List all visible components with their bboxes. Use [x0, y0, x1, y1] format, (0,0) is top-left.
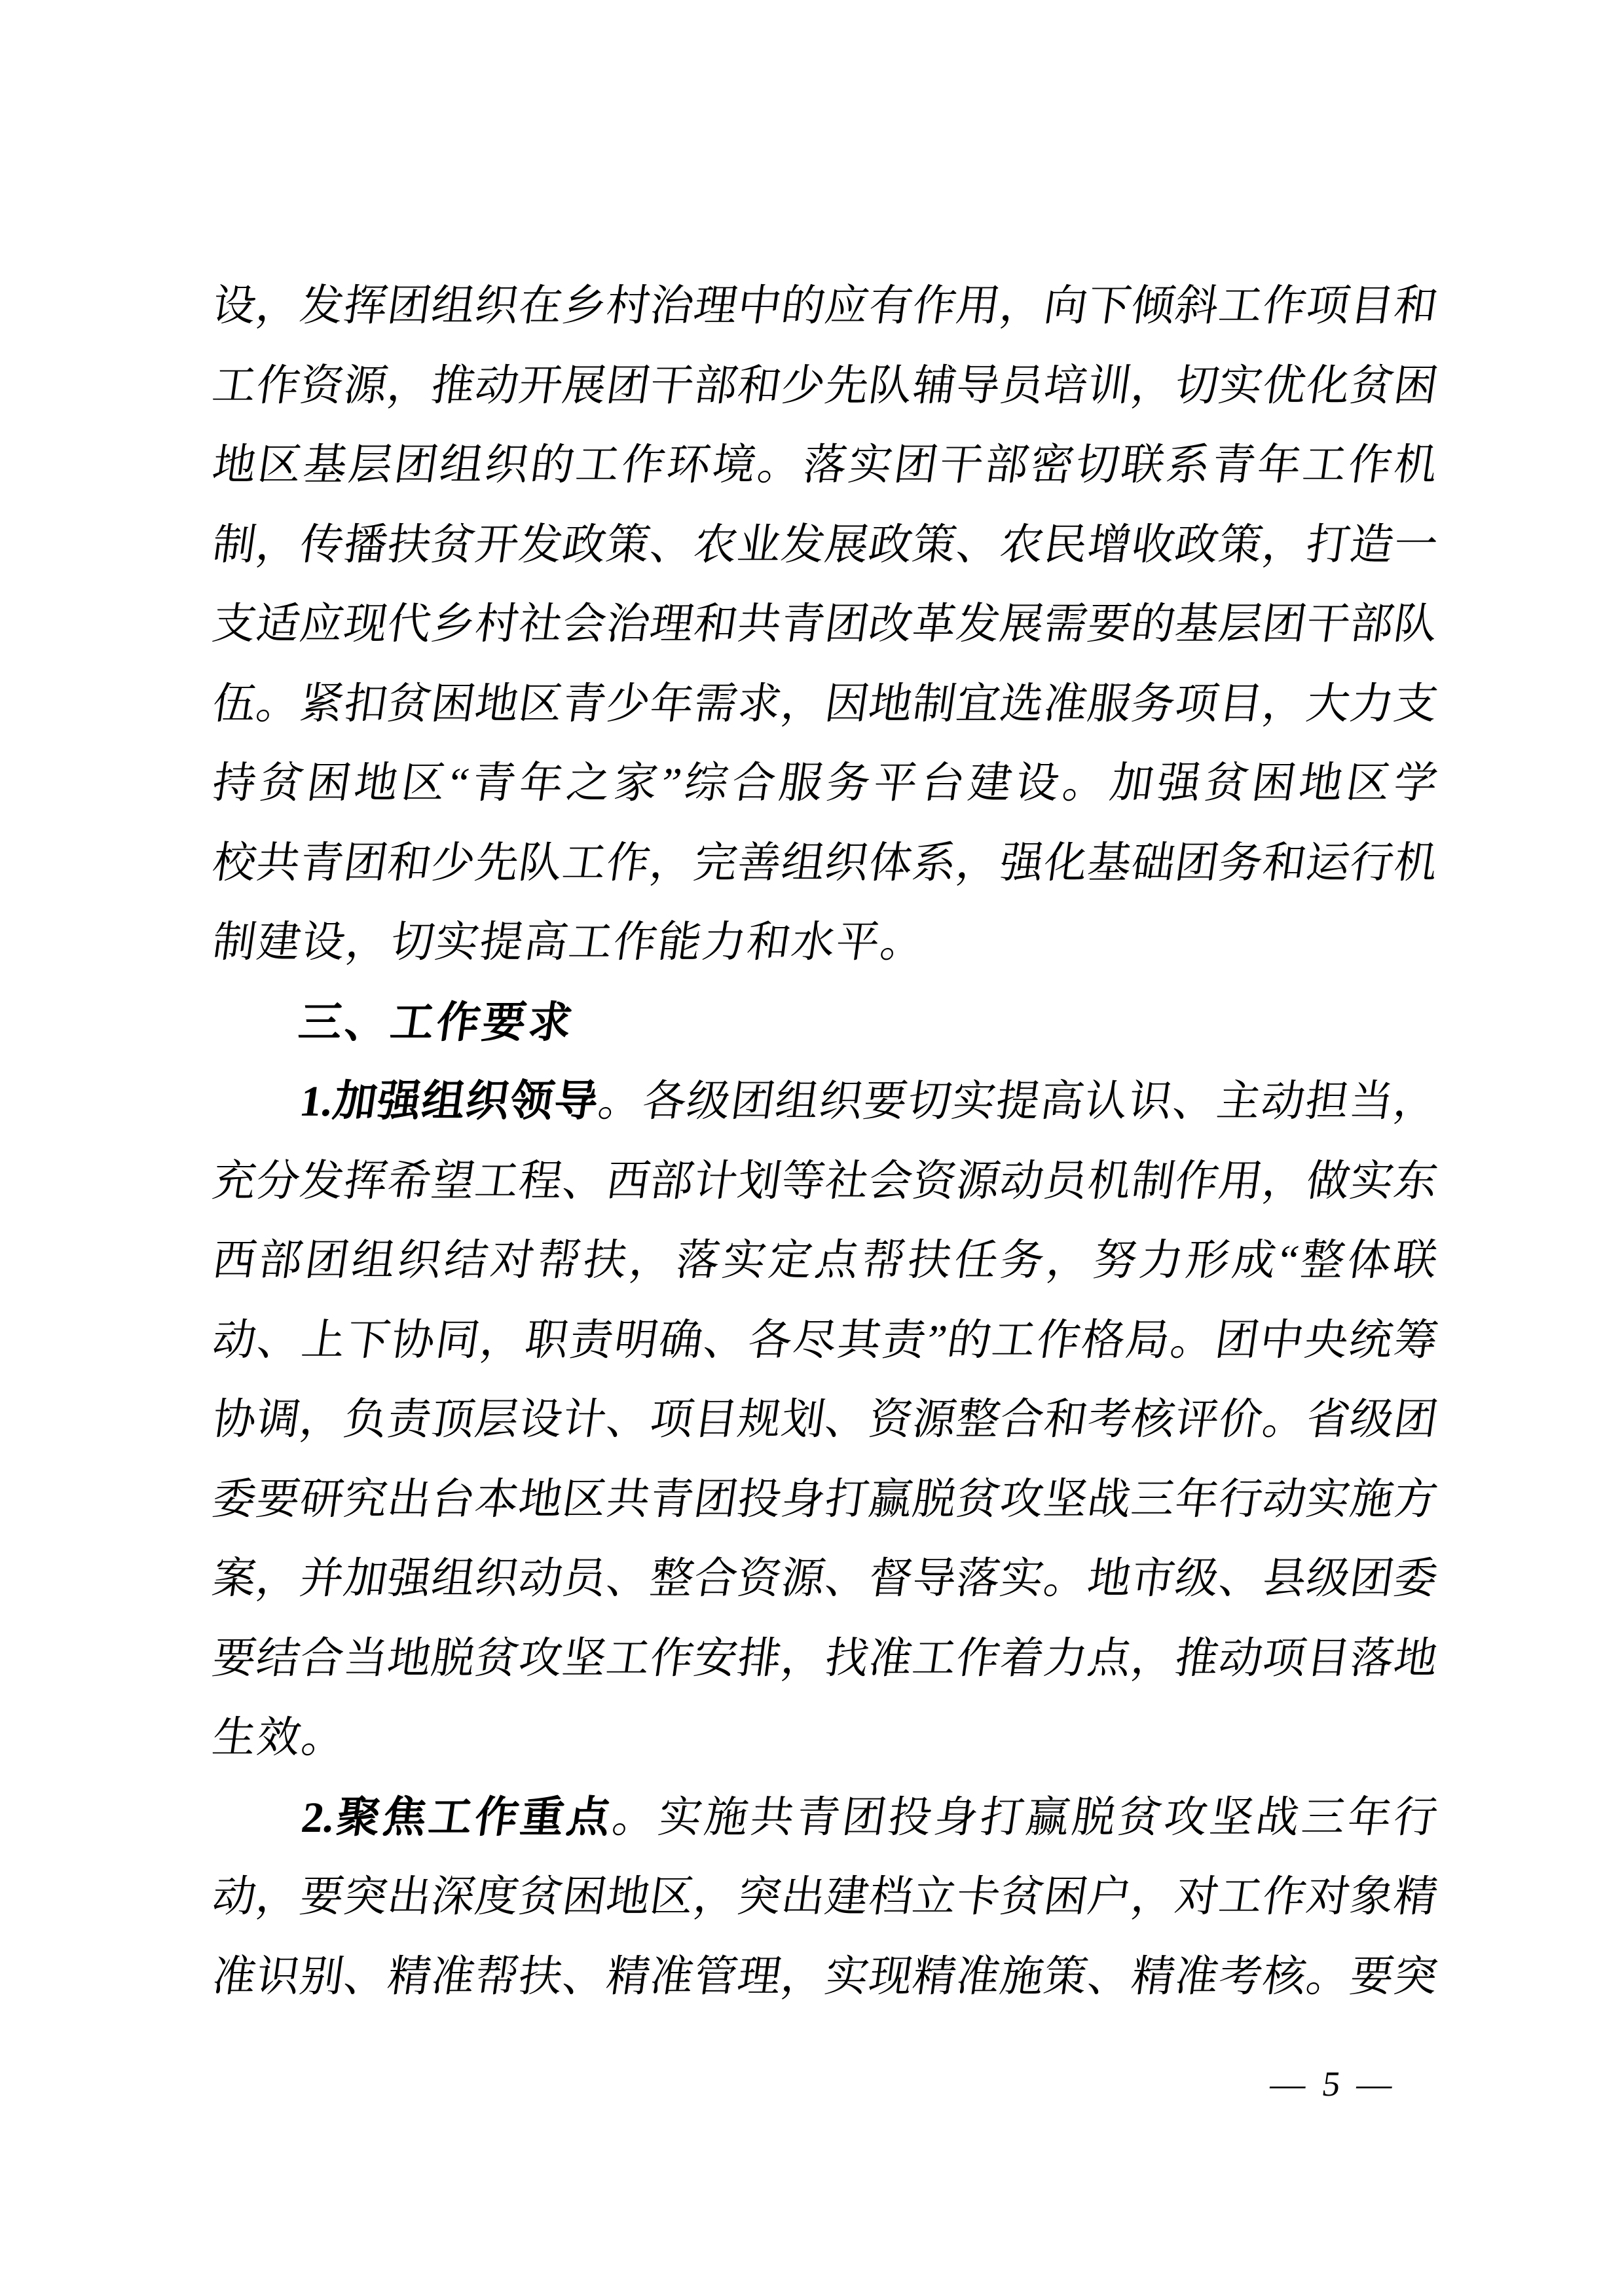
text-line: 制建设，切实提高工作能力和水平。 [207, 903, 1443, 983]
text-line: 协调，负责顶层设计、项目规划、资源整合和考核评价。省级团 [207, 1380, 1443, 1460]
text-line: 动，要突出深度贫困地区，突出建档立卡贫困户，对工作对象精 [207, 1857, 1443, 1937]
text-line: 1.加强组织领导。各级团组织要切实提高认识、主动担当， [207, 1062, 1443, 1142]
text-line: 制，传播扶贫开发政策、农业发展政策、农民增收政策，打造一 [207, 505, 1443, 585]
text-line: 持贫困地区“青年之家”综合服务平台建设。加强贫困地区学 [207, 744, 1443, 824]
text-line: 准识别、精准帮扶、精准管理，实现精准施策、精准考核。要突 [207, 1937, 1443, 2017]
page-number: — 5 — [1267, 2062, 1399, 2105]
text-line: 设，发挥团组织在乡村治理中的应有作用，向下倾斜工作项目和 [207, 266, 1443, 346]
section-heading: 三、工作要求 [207, 983, 1443, 1063]
text-line: 地区基层团组织的工作环境。落实团干部密切联系青年工作机 [207, 426, 1443, 505]
text-line: 支适应现代乡村社会治理和共青团改革发展需要的基层团干部队 [207, 585, 1443, 665]
text-line: 要结合当地脱贫攻坚工作安排，找准工作着力点，推动项目落地 [207, 1619, 1443, 1699]
text-line: 充分发挥希望工程、西部计划等社会资源动员机制作用，做实东 [207, 1142, 1443, 1222]
text-line: 案，并加强组织动员、整合资源、督导落实。地市级、县级团委 [207, 1539, 1443, 1619]
text-line: 伍。紧扣贫困地区青少年需求，因地制宜选准服务项目，大力支 [207, 665, 1443, 744]
text-line: 工作资源，推动开展团干部和少先队辅导员培训，切实优化贫困 [207, 346, 1443, 426]
text-line: 西部团组织结对帮扶，落实定点帮扶任务，努力形成“整体联 [207, 1221, 1443, 1301]
text-line: 生效。 [207, 1698, 1443, 1778]
text-line: 动、上下协同，职责明确、各尽其责”的工作格局。团中央统筹 [207, 1301, 1443, 1381]
document-body: 设，发挥团组织在乡村治理中的应有作用，向下倾斜工作项目和工作资源，推动开展团干部… [213, 266, 1437, 2016]
text-line: 2.聚焦工作重点。实施共青团投身打赢脱贫攻坚战三年行 [207, 1778, 1443, 1858]
document-page: 设，发挥团组织在乡村治理中的应有作用，向下倾斜工作项目和工作资源，推动开展团干部… [0, 0, 1624, 2296]
text-line: 委要研究出台本地区共青团投身打赢脱贫攻坚战三年行动实施方 [207, 1460, 1443, 1540]
text-line: 校共青团和少先队工作，完善组织体系，强化基础团务和运行机 [207, 824, 1443, 903]
